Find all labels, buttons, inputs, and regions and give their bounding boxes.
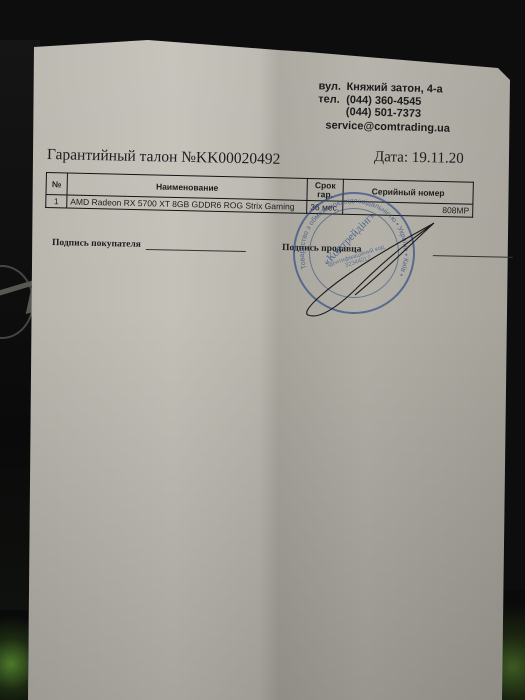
seller-signature-line <box>433 246 513 258</box>
phone-2: (044) 501-7373 <box>346 106 422 120</box>
company-contact-block: вул. Княжий затон, 4-а тел. (044) 360-45… <box>317 80 451 134</box>
address-label: вул. <box>318 80 346 93</box>
background-foliage-left <box>0 610 28 700</box>
document-date: Дата: 19.11.20 <box>374 149 464 168</box>
phone-label: тел. <box>318 93 346 106</box>
warranty-paper <box>28 40 510 700</box>
row-number: 1 <box>46 195 67 208</box>
buyer-signature-label: Подпись покупателя <box>52 238 141 250</box>
col-number: № <box>46 173 67 195</box>
buyer-signature-line <box>146 240 246 252</box>
